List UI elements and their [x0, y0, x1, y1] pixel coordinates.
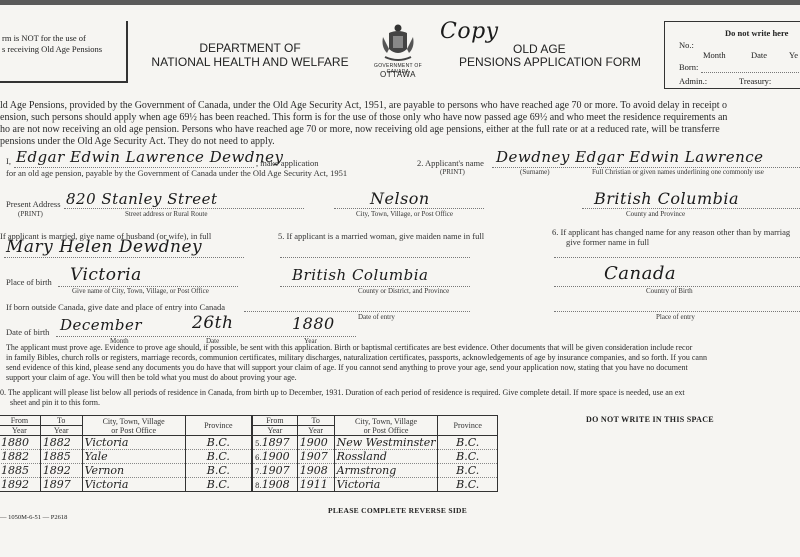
col-from-year: Year	[253, 426, 298, 436]
from-year-value: 1908	[262, 478, 290, 491]
notice-line-2: s receiving Old Age Pensions	[2, 44, 102, 55]
q2-print-caption: (PRINT)	[440, 168, 465, 176]
province-cell[interactable]: B.C.	[185, 478, 251, 492]
q1-caption: for an old age pension, payable by the G…	[6, 168, 347, 178]
entry-date-line	[244, 311, 470, 312]
city-field[interactable]: Nelson	[370, 189, 430, 208]
col-city-line-2: or Post Office	[111, 426, 156, 435]
birth-city-caption: Give name of City, Town, Village, or Pos…	[72, 287, 209, 295]
to-year-cell[interactable]: 1897	[40, 478, 82, 492]
residence-instructions: 0. The applicant will please list below …	[0, 388, 685, 408]
province-cell[interactable]: B.C.	[185, 464, 251, 478]
residence-row: 6.19001907RosslandB.C.	[253, 450, 498, 464]
from-year-cell[interactable]: 1892	[0, 478, 40, 492]
residence-instr-line-2: sheet and pin it to this form.	[0, 398, 685, 408]
birth-country-field[interactable]: Canada	[604, 263, 676, 284]
intro-line-4: pensions under the Old Age Security Act.…	[0, 136, 727, 148]
city-cell[interactable]: Armstrong	[334, 464, 438, 478]
col-city-line-1: City, Town, Village	[103, 417, 165, 426]
ottawa-label: OTTAWA	[362, 70, 434, 79]
proof-line-3: send evidence of this kind, please send …	[6, 363, 707, 373]
proof-line-4: support your claim of age. You will then…	[6, 373, 707, 383]
address-print-caption: (PRINT)	[18, 210, 43, 218]
entry-place-line	[554, 311, 800, 312]
reverse-side-note: PLEASE COMPLETE REVERSE SIDE	[328, 506, 467, 515]
col-province: Province	[438, 416, 498, 436]
city-caption: City, Town, Village, or Post Office	[356, 210, 453, 218]
city-cell[interactable]: New Westminster	[334, 436, 438, 450]
intro-paragraph: ld Age Pensions, provided by the Governm…	[0, 100, 727, 148]
residence-row: 18851892VernonB.C.	[0, 464, 252, 478]
spouse-name-field[interactable]: Mary Helen Dewdney	[6, 237, 202, 257]
row-number: 5.	[255, 440, 262, 448]
from-year-cell[interactable]: 1885	[0, 464, 40, 478]
to-year-cell[interactable]: 1892	[40, 464, 82, 478]
department-heading: DEPARTMENT OF NATIONAL HEALTH AND WELFAR…	[140, 41, 360, 69]
row-number: 6.	[255, 454, 262, 462]
copy-annotation: Copy	[440, 19, 499, 44]
applicant-printed-name-field[interactable]: Dewdney Edgar Edwin Lawrence	[496, 148, 764, 166]
entry-label: If born outside Canada, give date and pl…	[6, 302, 225, 312]
from-year-cell[interactable]: 1880	[0, 436, 40, 450]
proof-paragraph: The applicant must prove age. Evidence t…	[6, 343, 707, 383]
office-date-label: Date	[751, 50, 767, 60]
from-year-value: 1885	[1, 464, 29, 477]
residence-row: 5.18971900New WestminsterB.C.	[253, 436, 498, 450]
birth-country-caption: Country of Birth	[646, 287, 693, 295]
residence-instr-line-1: 0. The applicant will please list below …	[0, 388, 685, 398]
q2-label: 2. Applicant's name	[417, 158, 484, 168]
office-box-title: Do not write here	[725, 28, 788, 38]
street-address-field[interactable]: 820 Stanley Street	[66, 190, 217, 208]
q6-label-line-2: give former name in full	[566, 237, 649, 247]
address-label: Present Address	[6, 199, 61, 209]
city-cell[interactable]: Victoria	[82, 436, 185, 450]
from-year-cell[interactable]: 5.1897	[253, 436, 298, 450]
dept-line-2: NATIONAL HEALTH AND WELFARE	[140, 55, 360, 69]
residence-row: 18801882VictoriaB.C.	[0, 436, 252, 450]
row-number: 7.	[255, 468, 262, 476]
residence-row: 8.19081911VictoriaB.C.	[253, 478, 498, 492]
col-province: Province	[185, 416, 251, 436]
office-admin-label: Admin.:	[679, 76, 707, 86]
proof-line-1: The applicant must prove age. Evidence t…	[6, 343, 707, 353]
birth-county-field[interactable]: British Columbia	[292, 266, 428, 284]
col-to-year: Year	[297, 426, 334, 436]
from-year-cell[interactable]: 1882	[0, 450, 40, 464]
entry-date-caption: Date of entry	[358, 313, 395, 321]
col-from: From	[0, 416, 40, 426]
maiden-name-line	[280, 257, 470, 258]
form-title: OLD AGE PENSIONS APPLICATION FORM	[459, 43, 641, 69]
province-cell[interactable]: B.C.	[185, 450, 251, 464]
to-year-cell[interactable]: 1911	[297, 478, 334, 492]
col-to: To	[297, 416, 334, 426]
to-year-cell[interactable]: 1882	[40, 436, 82, 450]
col-city-line-2: or Post Office	[364, 426, 409, 435]
form-code: — 1050M-6-51 — P2618	[0, 514, 67, 521]
intro-line-2: ension, such persons should apply when a…	[0, 112, 727, 124]
province-cell[interactable]: B.C.	[185, 436, 251, 450]
dob-label: Date of birth	[6, 327, 49, 337]
province-caption: County and Province	[626, 210, 685, 218]
do-not-write-label: DO NOT WRITE IN THIS SPACE	[586, 415, 714, 424]
city-cell[interactable]: Rossland	[334, 450, 438, 464]
col-to-year: Year	[40, 426, 82, 436]
col-city-line-1: City, Town, Village	[355, 417, 417, 426]
province-cell[interactable]: B.C.	[438, 450, 498, 464]
province-cell[interactable]: B.C.	[438, 464, 498, 478]
spouse-line	[4, 257, 244, 258]
q1-prefix: I,	[6, 156, 11, 166]
residence-table-right: From To City, Town, Villageor Post Offic…	[252, 415, 498, 492]
office-use-box: Do not write here No.: Month Date Ye Bor…	[664, 21, 800, 89]
notice-text: rm is NOT for the use of s receiving Old…	[2, 33, 102, 55]
birth-county-caption: County or District, and Province	[358, 287, 449, 295]
col-to: To	[40, 416, 82, 426]
col-city: City, Town, Villageor Post Office	[82, 416, 185, 436]
province-cell[interactable]: B.C.	[438, 436, 498, 450]
from-year-value: 1892	[1, 478, 29, 491]
former-name-line	[554, 257, 800, 258]
office-year-label: Ye	[789, 50, 798, 60]
to-year-cell[interactable]: 1908	[297, 464, 334, 478]
form-title-line-2: PENSIONS APPLICATION FORM	[459, 56, 641, 69]
street-line	[64, 208, 304, 209]
col-city: City, Town, Villageor Post Office	[334, 416, 438, 436]
from-year-cell[interactable]: 8.1908	[253, 478, 298, 492]
office-born-label: Born:	[679, 62, 698, 72]
residence-row: 7.19071908ArmstrongB.C.	[253, 464, 498, 478]
from-year-value: 1900	[262, 450, 290, 463]
notice-line-1: rm is NOT for the use of	[2, 33, 102, 44]
city-cell[interactable]: Vernon	[82, 464, 185, 478]
from-year-cell[interactable]: 7.1907	[253, 464, 298, 478]
dob-date-field[interactable]: 26th	[192, 313, 233, 333]
application-form-page: rm is NOT for the use of s receiving Old…	[0, 5, 800, 557]
dept-line-1: DEPARTMENT OF	[140, 41, 360, 55]
city-cell[interactable]: Victoria	[82, 478, 185, 492]
birthplace-label: Place of birth	[6, 277, 52, 287]
office-born-line	[701, 72, 800, 73]
from-year-value: 1907	[262, 464, 290, 477]
from-year-value: 1882	[1, 450, 29, 463]
province-field[interactable]: British Columbia	[594, 189, 739, 208]
from-year-value: 1880	[1, 436, 29, 449]
office-no-label: No.:	[679, 40, 694, 50]
dob-month-field[interactable]: December	[60, 316, 142, 334]
province-cell[interactable]: B.C.	[438, 478, 498, 492]
q2-surname-caption: (Surname)	[520, 168, 550, 176]
q1-suffix: , make application	[256, 158, 319, 168]
to-year-cell[interactable]: 1907	[297, 450, 334, 464]
residence-table-left: From To City, Town, Villageor Post Offic…	[0, 415, 252, 492]
canada-coat-of-arms-icon	[379, 23, 417, 63]
entry-place-caption: Place of entry	[656, 313, 695, 321]
q6-label-line-1: 6. If applicant has changed name for any…	[552, 227, 790, 237]
from-year-value: 1897	[262, 436, 290, 449]
residence-row: 18921897VictoriaB.C.	[0, 478, 252, 492]
proof-line-2: in family Bibles, church rolls or regist…	[6, 353, 707, 363]
intro-line-1: ld Age Pensions, provided by the Governm…	[0, 100, 727, 112]
col-from-year: Year	[0, 426, 40, 436]
province-line	[582, 208, 800, 209]
intro-line-3: ho are not now receiving an old age pens…	[0, 124, 727, 136]
to-year-cell[interactable]: 1900	[297, 436, 334, 450]
row-number: 8.	[255, 482, 262, 490]
applicant-name-field[interactable]: Edgar Edwin Lawrence Dewdney	[16, 148, 284, 166]
office-treasury-label: Treasury:	[739, 76, 771, 86]
dob-year-field[interactable]: 1880	[292, 314, 335, 333]
street-caption: Street address or Rural Route	[125, 210, 207, 218]
to-year-cell[interactable]: 1885	[40, 450, 82, 464]
birth-city-field[interactable]: Victoria	[70, 265, 142, 285]
residence-row: 18821885YaleB.C.	[0, 450, 252, 464]
city-line	[334, 208, 484, 209]
q2-given-caption: Full Christian or given names underlinin…	[592, 168, 764, 176]
from-year-cell[interactable]: 6.1900	[253, 450, 298, 464]
q5-label: 5. If applicant is a married woman, give…	[278, 231, 484, 241]
city-cell[interactable]: Victoria	[334, 478, 438, 492]
col-from: From	[253, 416, 298, 426]
city-cell[interactable]: Yale	[82, 450, 185, 464]
office-month-label: Month	[703, 50, 726, 60]
